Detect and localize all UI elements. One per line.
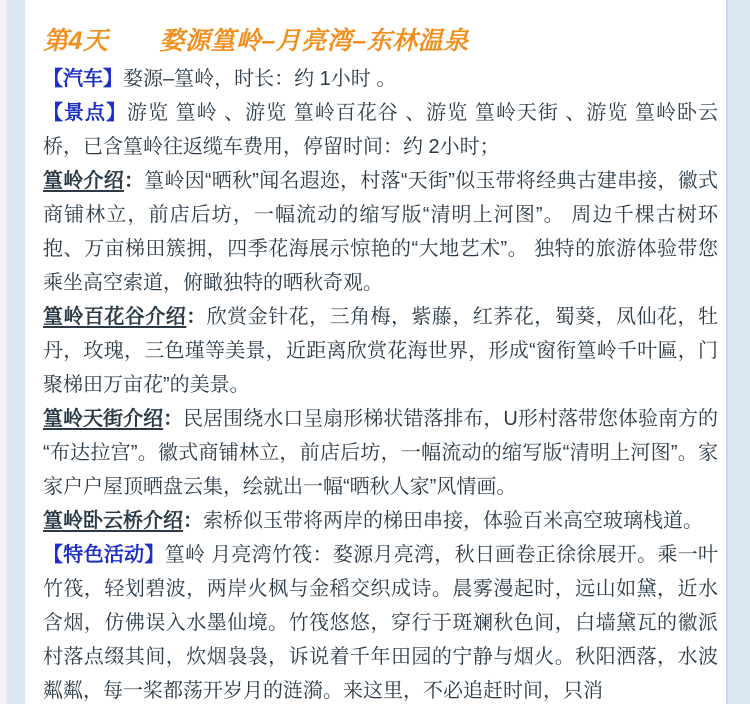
paragraph-attractions: 【景点】游览 篁岭 、游览 篁岭百花谷 、游览 篁岭天街 、游览 篁岭卧云桥，已… bbox=[43, 96, 718, 164]
huangling-intro-colon: ： bbox=[124, 170, 144, 192]
woyunqiao-intro-colon: ： bbox=[183, 510, 203, 532]
transport-text: 婺源–篁岭，时长：约 1小时 。 bbox=[123, 68, 396, 90]
tianjie-intro-label: 篁岭天街介绍 bbox=[43, 408, 163, 430]
transport-label: 【汽车】 bbox=[43, 68, 123, 90]
attractions-label: 【景点】 bbox=[43, 102, 127, 124]
paragraph-baihuagu-intro: 篁岭百花谷介绍：欣赏金针花，三角梅，紫藤，红荞花，蜀葵，凤仙花，牡丹，玫瑰，三色… bbox=[43, 300, 718, 402]
woyunqiao-intro-label: 篁岭卧云桥介绍 bbox=[43, 510, 183, 532]
paragraph-transport: 【汽车】婺源–篁岭，时长：约 1小时 。 bbox=[43, 62, 718, 96]
paragraph-huangling-intro: 篁岭介绍：篁岭因“晒秋”闻名遐迩，村落“天街”似玉带将经典古建串接，徽式商铺林立… bbox=[43, 164, 718, 300]
baihuagu-intro-colon: ： bbox=[186, 306, 206, 328]
itinerary-panel: 第4天 婺源篁岭–月亮湾–东林温泉 【汽车】婺源–篁岭，时长：约 1小时 。 【… bbox=[25, 0, 728, 704]
huangling-intro-label: 篁岭介绍 bbox=[43, 170, 124, 192]
special-activity-text: 篁岭 月亮湾竹筏：婺源月亮湾，秋日画卷正徐徐展开。乘一叶竹筏，轻划碧波，两岸火枫… bbox=[43, 544, 718, 702]
paragraph-special-activity: 【特色活动】篁岭 月亮湾竹筏：婺源月亮湾，秋日画卷正徐徐展开。乘一叶竹筏，轻划碧… bbox=[43, 538, 718, 704]
paragraph-woyunqiao-intro: 篁岭卧云桥介绍：索桥似玉带将两岸的梯田串接，体验百米高空玻璃栈道。 bbox=[43, 504, 718, 538]
paragraph-tianjie-intro: 篁岭天街介绍：民居围绕水口呈扇形梯状错落排布，U形村落带您体验南方的“布达拉宫”… bbox=[43, 402, 718, 504]
woyunqiao-intro-text: 索桥似玉带将两岸的梯田串接，体验百米高空玻璃栈道。 bbox=[203, 510, 703, 532]
page-background: { "page": { "title": "第4天 婺源篁岭–月亮湾–东林温泉"… bbox=[0, 0, 750, 704]
baihuagu-intro-label: 篁岭百花谷介绍 bbox=[43, 306, 186, 328]
tianjie-intro-colon: ： bbox=[163, 408, 183, 430]
huangling-intro-text: 篁岭因“晒秋”闻名遐迩，村落“天街”似玉带将经典古建串接，徽式商铺林立，前店后坊… bbox=[43, 170, 718, 294]
attractions-text: 游览 篁岭 、游览 篁岭百花谷 、游览 篁岭天街 、游览 篁岭卧云桥，已含篁岭往… bbox=[43, 102, 718, 158]
day-title: 第4天 婺源篁岭–月亮湾–东林温泉 bbox=[43, 26, 718, 56]
special-activity-label: 【特色活动】 bbox=[43, 544, 165, 566]
left-edge-strip bbox=[0, 0, 8, 704]
